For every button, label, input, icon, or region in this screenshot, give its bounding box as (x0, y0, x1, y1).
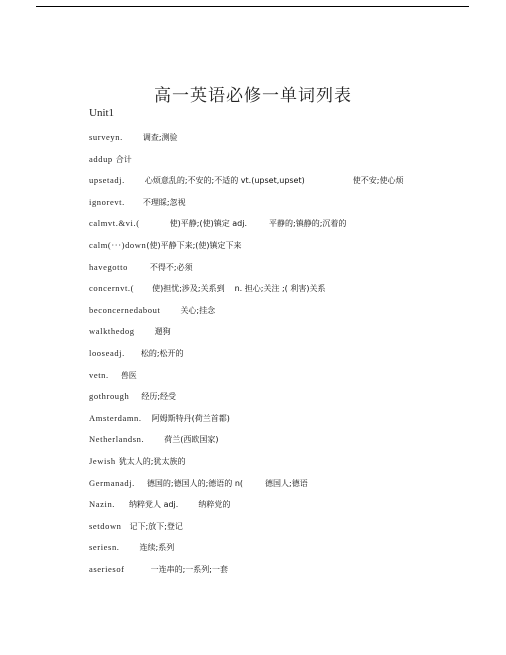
entry-word: Nazin. (89, 499, 115, 509)
vocabulary-entry: calmvt.&vi.(使)平静;(使)镇定 adj.平静的;镇静的;沉着的 (89, 215, 489, 237)
entry-meaning: 不得不;必须 (150, 263, 193, 272)
vocabulary-entry: havegotto不得不;必须 (89, 259, 489, 281)
vocabulary-entry: Amsterdamn.阿姆斯特丹(荷兰首都) (89, 410, 489, 432)
entry-word: Jewish (89, 456, 116, 466)
entry-word: upsetadj. (89, 175, 125, 185)
entry-word: addup (89, 154, 113, 164)
vocabulary-entry: beconcernedabout关心;挂念 (89, 302, 489, 324)
entry-meaning: (使)平静下来;(使)镇定下来 (146, 241, 241, 250)
entry-meaning: 不理睬;忽视 (143, 198, 186, 207)
vocabulary-entry: aseriesof一连串的;一系列;一套 (89, 561, 489, 583)
entry-meaning: 调查;测验 (143, 133, 178, 142)
entry-word: looseadj. (89, 348, 125, 358)
entry-meaning: 一连串的;一系列;一套 (151, 565, 228, 574)
entry-meaning: 兽医 (121, 371, 137, 380)
entry-meaning: 连续;系列 (140, 543, 175, 552)
entry-word: calm(···)down (89, 240, 146, 250)
entry-word: concernvt.( (89, 283, 134, 293)
entry-meaning: 经历;经受 (141, 392, 176, 401)
unit-heading: Unit1 (89, 107, 114, 119)
entry-word: Germanadj. (89, 478, 135, 488)
entry-word: havegotto (89, 262, 128, 272)
header-rule (36, 6, 469, 7)
vocabulary-entry: looseadj.松的;松开的 (89, 345, 489, 367)
entry-meaning: 阿姆斯特丹(荷兰首都) (152, 414, 230, 423)
entry-word: ignorevt. (89, 197, 125, 207)
entry-word: setdown (89, 521, 122, 531)
entry-word: vetn. (89, 370, 109, 380)
entry-meaning-secondary: 平静的;镇静的;沉着的 (269, 219, 346, 228)
vocabulary-entry: setdown记下;放下;登记 (89, 518, 489, 540)
entry-word: gothrough (89, 391, 129, 401)
entry-meaning: 德国的;德国人的;德语的 n( (147, 479, 243, 488)
entry-word: Netherlandsn. (89, 434, 144, 444)
entry-word: Amsterdamn. (89, 413, 142, 423)
vocabulary-entry: surveyn.调查;测验 (89, 129, 489, 151)
page-title: 高一英语必修一单词列表 (0, 81, 506, 106)
vocabulary-entry: vetn.兽医 (89, 367, 489, 389)
entry-meaning: 荷兰(西欧国家) (164, 435, 218, 444)
entry-word: seriesn. (89, 542, 120, 552)
entry-word: beconcernedabout (89, 305, 160, 315)
entry-word: aseriesof (89, 564, 125, 574)
entry-word: surveyn. (89, 132, 123, 142)
entry-meaning-secondary: n. 担心;关注 ;( 利害)关系 (235, 284, 326, 293)
entry-meaning-secondary: 使不安;使心烦 (353, 176, 404, 185)
vocabulary-entry: ignorevt.不理睬;忽视 (89, 194, 489, 216)
entry-meaning-secondary: 纳粹党的 (198, 500, 230, 509)
entry-word: walkthedog (89, 326, 135, 336)
entry-meaning: 使)担忧;涉及;关系到 (152, 284, 225, 293)
vocabulary-entry: gothrough经历;经受 (89, 388, 489, 410)
entry-meaning: 纳粹党人 adj. (129, 500, 178, 509)
entry-meaning: 遛狗 (155, 327, 171, 336)
vocabulary-entry: upsetadj.心烦意乱的;不安的;不适的 vt.(upset,upset)使… (89, 172, 489, 194)
entry-meaning: 使)平静;(使)镇定 adj. (170, 219, 247, 228)
vocabulary-entry: concernvt.(使)担忧;涉及;关系到n. 担心;关注 ;( 利害)关系 (89, 280, 489, 302)
entry-meaning: 合计 (116, 155, 132, 164)
vocabulary-entry: Germanadj.德国的;德国人的;德语的 n(德国人;德语 (89, 475, 489, 497)
vocabulary-entry: walkthedog遛狗 (89, 323, 489, 345)
vocabulary-entry: calm(···)down(使)平静下来;(使)镇定下来 (89, 237, 489, 259)
entry-meaning: 关心;挂念 (180, 306, 215, 315)
entry-meaning: 心烦意乱的;不安的;不适的 vt.(upset,upset) (145, 176, 305, 185)
entry-meaning: 犹太人的;犹太族的 (119, 457, 186, 466)
vocabulary-entry: Netherlandsn.荷兰(西欧国家) (89, 431, 489, 453)
entry-meaning: 记下;放下;登记 (130, 522, 183, 531)
vocabulary-entry: Jewish犹太人的;犹太族的 (89, 453, 489, 475)
entry-meaning: 松的;松开的 (141, 349, 184, 358)
entry-meaning-secondary: 德国人;德语 (265, 479, 308, 488)
vocabulary-entry: addup合计 (89, 151, 489, 173)
vocabulary-entry: Nazin.纳粹党人 adj.纳粹党的 (89, 496, 489, 518)
entry-word: calmvt.&vi.( (89, 218, 140, 228)
vocabulary-list: surveyn.调查;测验addup合计upsetadj.心烦意乱的;不安的;不… (89, 129, 489, 582)
vocabulary-entry: seriesn.连续;系列 (89, 539, 489, 561)
